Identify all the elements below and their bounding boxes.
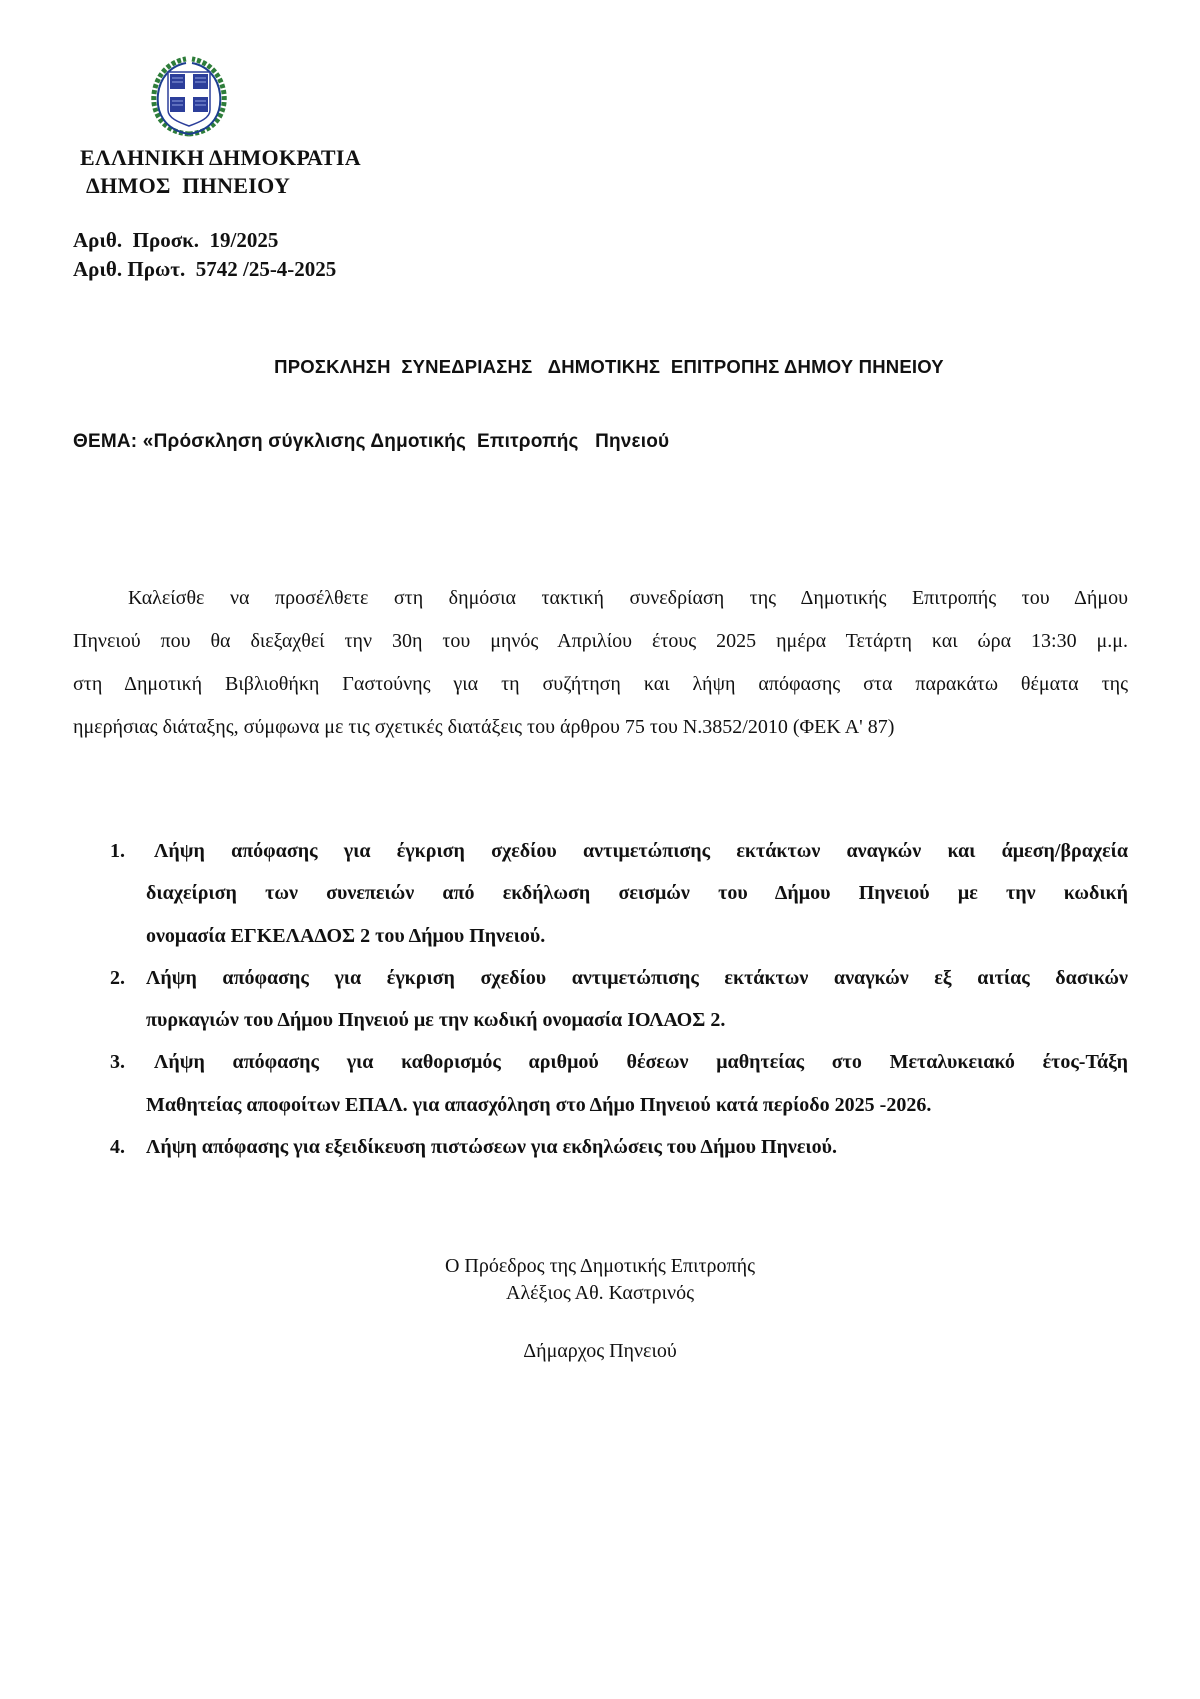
document-title: ΠΡΟΣΚΛΗΣΗ ΣΥΝΕΔΡΙΑΣΗΣ ΔΗΜΟΤΙΚΗΣ ΕΠΙΤΡΟΠΗ… — [0, 356, 1200, 378]
agenda-item-number: 1. — [110, 830, 125, 872]
greek-coat-of-arms-icon — [148, 54, 230, 138]
body-line: ημερήσιας διάταξης, σύμφωνα με τις σχετι… — [73, 706, 1128, 749]
signature-name: Αλέξιος Αθ. Καστρινός — [0, 1280, 1200, 1307]
agenda-item-line: Λήψη απόφασης για έγκριση σχεδίου αντιμε… — [146, 830, 1128, 872]
agenda-item-number: 4. — [110, 1126, 125, 1168]
country-name: ΕΛΛΗΝΙΚΗ ΔΗΜΟΚΡΑΤΙΑ — [80, 144, 361, 172]
agenda-list: 1. Λήψη απόφασης για έγκριση σχεδίου αντ… — [0, 830, 1200, 1168]
body-line: στη Δημοτική Βιβλιοθήκη Γαστούνης για τη… — [73, 663, 1128, 706]
municipality-name: ΔΗΜΟΣ ΠΗΝΕΙΟΥ — [86, 172, 290, 200]
agenda-item-number: 3. — [110, 1041, 125, 1083]
agenda-item: 2. Λήψη απόφασης για έγκριση σχεδίου αντ… — [0, 957, 1200, 1042]
protocol-number: Αριθ. Πρωτ. 5742 /25-4-2025 — [73, 255, 336, 284]
invitation-number: Αριθ. Προσκ. 19/2025 — [73, 226, 278, 255]
agenda-item-line: Μαθητείας αποφοίτων ΕΠΑΛ. για απασχόληση… — [146, 1084, 1128, 1126]
agenda-item-line: Λήψη απόφασης για καθορισμός αριθμού θέσ… — [146, 1041, 1128, 1083]
signature-title: Δήμαρχος Πηνειού — [0, 1338, 1200, 1365]
agenda-item-line: Λήψη απόφασης για εξειδίκευση πιστώσεων … — [146, 1126, 1128, 1168]
body-line: Καλείσθε να προσέλθετε στη δημόσια τακτι… — [73, 577, 1128, 620]
agenda-item-number: 2. — [110, 957, 125, 999]
agenda-item: 3. Λήψη απόφασης για καθορισμός αριθμού … — [0, 1041, 1200, 1126]
agenda-item-line: ονομασία ΕΓΚΕΛΑΔΟΣ 2 του Δήμου Πηνειού. — [146, 915, 1128, 957]
agenda-item-line: πυρκαγιών του Δήμου Πηνειού με την κωδικ… — [146, 999, 1128, 1041]
signature-role: Ο Πρόεδρος της Δημοτικής Επιτροπής — [0, 1253, 1200, 1280]
agenda-item-line: διαχείριση των συνεπειών από εκδήλωση σε… — [146, 872, 1128, 914]
body-paragraph: Καλείσθε να προσέλθετε στη δημόσια τακτι… — [73, 577, 1128, 749]
agenda-item: 1. Λήψη απόφασης για έγκριση σχεδίου αντ… — [0, 830, 1200, 957]
subject-line: ΘΕΜΑ: «Πρόσκληση σύγκλισης Δημοτικής Επι… — [73, 431, 669, 453]
agenda-item: 4. Λήψη απόφασης για εξειδίκευση πιστώσε… — [0, 1126, 1200, 1168]
body-line: Πηνειού που θα διεξαχθεί την 30η του μην… — [73, 620, 1128, 663]
agenda-item-line: Λήψη απόφασης για έγκριση σχεδίου αντιμε… — [146, 957, 1128, 999]
